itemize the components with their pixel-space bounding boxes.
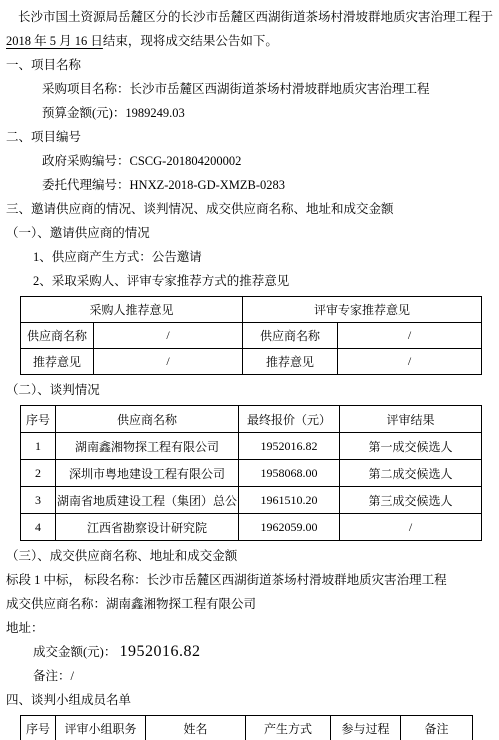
table-cell: / xyxy=(338,323,482,349)
address-line: 地址： xyxy=(6,616,485,640)
agency-number-label: 委托代理编号： xyxy=(42,178,130,192)
table-cell: / xyxy=(94,349,243,375)
budget-value: 1989249.03 xyxy=(125,106,184,120)
column-header: 评审结果 xyxy=(340,406,482,433)
award-amount-line: 成交金额(元)： 1952016.82 xyxy=(6,640,485,664)
table-cell: 推荐意见 xyxy=(243,349,338,375)
project-name-line: 采购项目名称：长沙市岳麓区西湖街道茶场村滑坡群地质灾害治理工程 xyxy=(6,77,485,101)
review-result: 第二成交候选人 xyxy=(340,460,482,487)
row-index: 1 xyxy=(21,433,56,460)
award-amount-label: 成交金额(元)： xyxy=(33,645,119,659)
review-result: / xyxy=(340,514,482,541)
column-header: 评审专家推荐意见 xyxy=(243,297,482,323)
final-price: 1961510.20 xyxy=(239,487,340,514)
sub-2-heading: （二）、谈判情况 xyxy=(6,378,485,402)
supplier-method-line: 1、供应商产生方式：公告邀请 xyxy=(6,245,485,269)
supplier-name: 湖南省地质建设工程（集团）总公司 xyxy=(56,487,239,514)
note-line: 备注：/ xyxy=(6,664,485,688)
section-2-heading: 二、项目编号 xyxy=(6,125,485,149)
column-header: 序号 xyxy=(21,716,56,740)
table-cell: 推荐意见 xyxy=(21,349,94,375)
procurement-result-notice: 长沙市国土资源局岳麓区分的长沙市岳麓区西湖街道茶场村滑坡群地质灾害治理工程于 2… xyxy=(0,0,499,740)
final-price: 1952016.82 xyxy=(239,433,340,460)
recommendation-intro-line: 2、采取采购人、评审专家推荐方式的推荐意见 xyxy=(6,269,485,293)
section-1-heading: 一、项目名称 xyxy=(6,53,485,77)
column-header: 评审小组职务 xyxy=(56,716,146,740)
column-header: 采购人推荐意见 xyxy=(21,297,243,323)
column-header: 供应商名称 xyxy=(56,406,239,433)
column-header: 最终报价（元） xyxy=(239,406,340,433)
supplier-name: 深圳市粤地建设工程有限公司 xyxy=(56,460,239,487)
table-row: 2 深圳市粤地建设工程有限公司 1958068.00 第二成交候选人 xyxy=(21,460,482,487)
row-index: 2 xyxy=(21,460,56,487)
section-4-heading: 四、谈判小组成员名单 xyxy=(6,688,485,712)
sub-3-heading: （三）、成交供应商名称、地址和成交金额 xyxy=(6,544,485,568)
section-3-heading: 三、邀请供应商的情况、谈判情况、成交供应商名称、地址和成交金额 xyxy=(6,197,485,221)
column-header: 参与过程 xyxy=(331,716,401,740)
table-row: 推荐意见 / 推荐意见 / xyxy=(21,349,482,375)
final-price: 1962059.00 xyxy=(239,514,340,541)
column-header: 序号 xyxy=(21,406,56,433)
supplier-name: 江西省勘察设计研究院 xyxy=(56,514,239,541)
negotiation-table: 序号 供应商名称 最终报价（元） 评审结果 1 湖南鑫湘物探工程有限公司 195… xyxy=(20,405,482,541)
row-index: 3 xyxy=(21,487,56,514)
table-row: 4 江西省勘察设计研究院 1962059.00 / xyxy=(21,514,482,541)
gov-number-line: 政府采购编号：CSCG-201804200002 xyxy=(6,149,485,173)
budget-label: 预算金额(元)： xyxy=(42,106,125,120)
final-price: 1958068.00 xyxy=(239,460,340,487)
table-row: 1 湖南鑫湘物探工程有限公司 1952016.82 第一成交候选人 xyxy=(21,433,482,460)
table-cell: / xyxy=(94,323,243,349)
gov-number-label: 政府采购编号： xyxy=(42,154,130,168)
table-cell: / xyxy=(338,349,482,375)
column-header: 备注 xyxy=(401,716,473,740)
agency-number-value: HNXZ-2018-GD-XMZB-0283 xyxy=(130,178,286,192)
review-result: 第三成交候选人 xyxy=(340,487,482,514)
recommendation-table: 采购人推荐意见 评审专家推荐意见 供应商名称 / 供应商名称 / 推荐意见 / … xyxy=(20,296,482,375)
award-amount-value: 1952016.82 xyxy=(119,643,200,660)
awarded-supplier-line: 成交供应商名称：湖南鑫湘物探工程有限公司 xyxy=(6,592,485,616)
column-header: 姓名 xyxy=(146,716,246,740)
end-date-underlined: 2018 年 5 月 16 日 xyxy=(6,34,103,48)
review-result: 第一成交候选人 xyxy=(340,433,482,460)
budget-line: 预算金额(元)：1989249.03 xyxy=(6,101,485,125)
table-row: 供应商名称 / 供应商名称 / xyxy=(21,323,482,349)
intro-line-2-rest: 结束，现将成交结果公告如下。 xyxy=(103,34,278,48)
table-row: 3 湖南省地质建设工程（集团）总公司 1961510.20 第三成交候选人 xyxy=(21,487,482,514)
agency-number-line: 委托代理编号：HNXZ-2018-GD-XMZB-0283 xyxy=(6,173,485,197)
supplier-name: 湖南鑫湘物探工程有限公司 xyxy=(56,433,239,460)
sub-1-heading: （一）、邀请供应商的情况 xyxy=(6,221,485,245)
table-row: 序号 评审小组职务 姓名 产生方式 参与过程 备注 xyxy=(21,716,473,740)
table-row: 采购人推荐意见 评审专家推荐意见 xyxy=(21,297,482,323)
intro-line-2: 2018 年 5 月 16 日结束，现将成交结果公告如下。 xyxy=(6,29,485,53)
panel-members-table: 序号 评审小组职务 姓名 产生方式 参与过程 备注 xyxy=(20,715,473,740)
lot-award-line: 标段 1 中标， 标段名称：长沙市岳麓区西湖街道茶场村滑坡群地质灾害治理工程 xyxy=(6,568,485,592)
intro-line-1: 长沙市国土资源局岳麓区分的长沙市岳麓区西湖街道茶场村滑坡群地质灾害治理工程于 xyxy=(6,5,485,29)
column-header: 产生方式 xyxy=(246,716,331,740)
table-cell: 供应商名称 xyxy=(21,323,94,349)
table-row: 序号 供应商名称 最终报价（元） 评审结果 xyxy=(21,406,482,433)
gov-number-value: CSCG-201804200002 xyxy=(130,154,242,168)
row-index: 4 xyxy=(21,514,56,541)
table-cell: 供应商名称 xyxy=(243,323,338,349)
